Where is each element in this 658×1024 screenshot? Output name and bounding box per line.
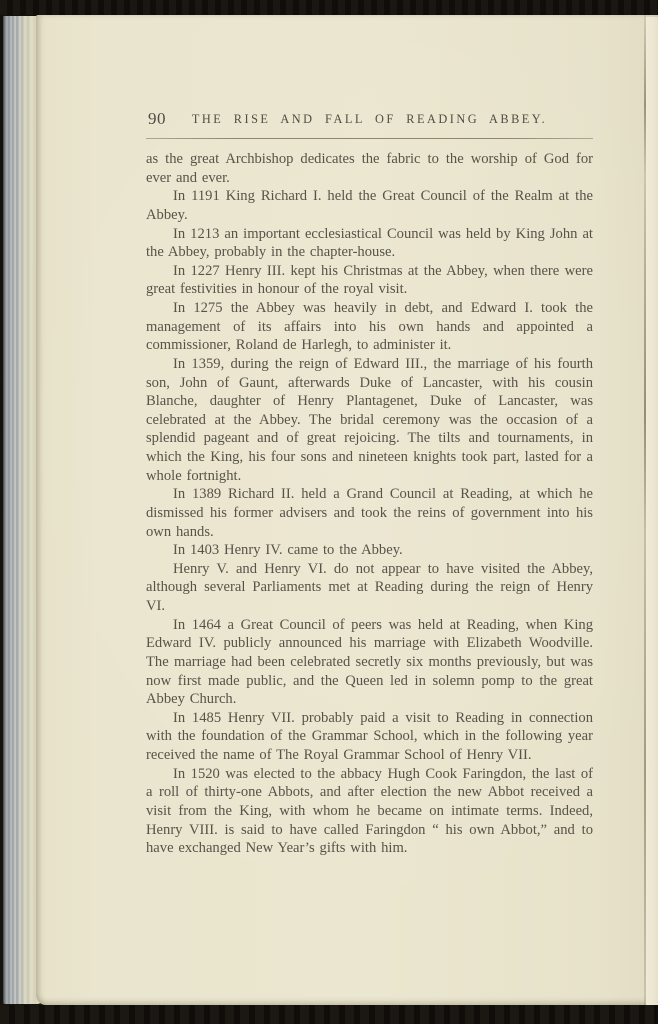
paragraph: Henry V. and Henry VI. do not appear to … <box>146 560 593 616</box>
paragraph: In 1227 Henry III. kept his Christmas at… <box>146 262 593 299</box>
paragraph: In 1359, during the reign of Edward III.… <box>146 355 593 485</box>
next-leaf-edge <box>646 17 658 1005</box>
page-content: 90 THE RISE AND FALL OF READING ABBEY. a… <box>146 106 593 858</box>
running-header: 90 THE RISE AND FALL OF READING ABBEY. <box>146 106 593 133</box>
paragraph: as the great Archbishop dedicates the fa… <box>146 150 593 187</box>
paragraph: In 1213 an important ecclesiastical Coun… <box>146 225 593 262</box>
header-rule <box>146 138 593 139</box>
paragraph: In 1464 a Great Council of peers was hel… <box>146 616 593 709</box>
paragraph: In 1520 was elected to the abbacy Hugh C… <box>146 765 593 858</box>
body-text: as the great Archbishop dedicates the fa… <box>146 150 593 858</box>
paragraph: In 1389 Richard II. held a Grand Council… <box>146 485 593 541</box>
paragraph: In 1275 the Abbey was heavily in debt, a… <box>146 299 593 355</box>
book-scan: 90 THE RISE AND FALL OF READING ABBEY. a… <box>0 0 658 1024</box>
running-title: THE RISE AND FALL OF READING ABBEY. <box>146 112 593 127</box>
paragraph: In 1485 Henry VII. probably paid a visit… <box>146 709 593 765</box>
paragraph: In 1403 Henry IV. came to the Abbey. <box>146 541 593 560</box>
paragraph: In 1191 King Richard I. held the Great C… <box>146 187 593 224</box>
